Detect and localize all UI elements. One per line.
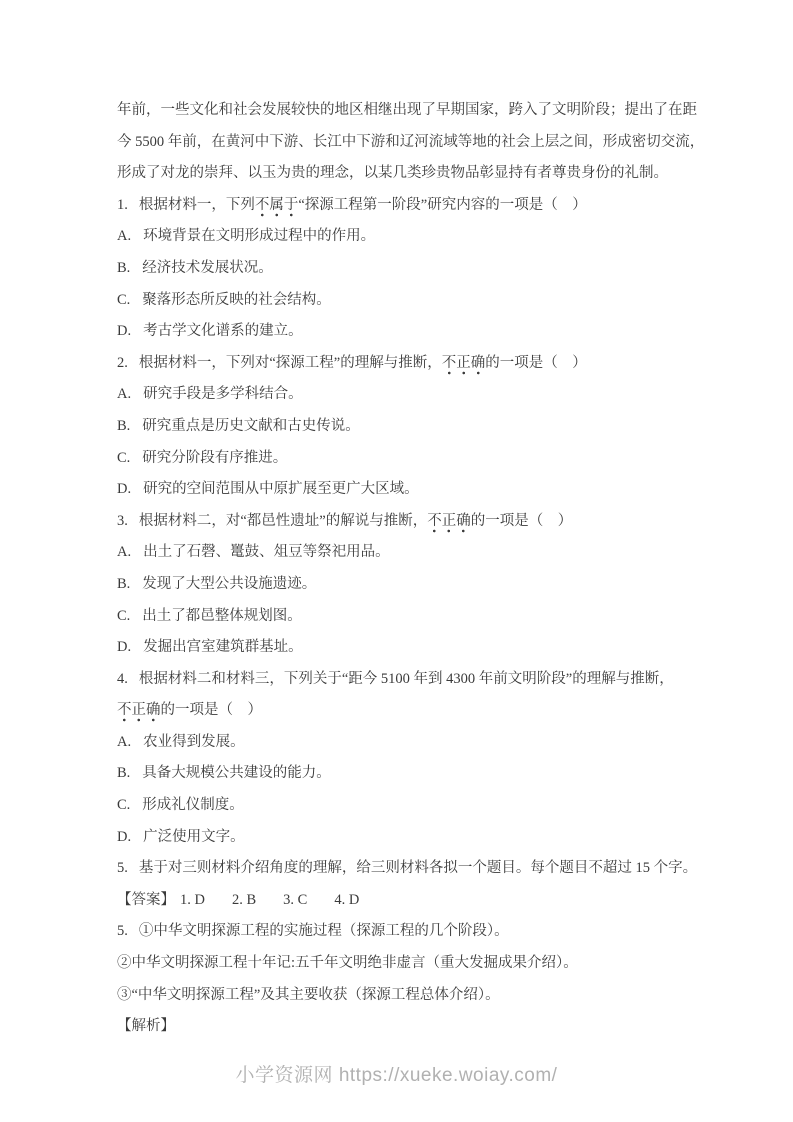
question-4-option-a: A.农业得到发展。 bbox=[117, 727, 681, 759]
option-label: C. bbox=[117, 285, 130, 317]
question-4-stem-line-2: 不正确的一项是（ ） bbox=[117, 695, 681, 727]
answer-item-1: 1. D bbox=[180, 885, 205, 917]
question-3-option-d: D.发掘出宫室建筑群基址。 bbox=[117, 632, 681, 664]
question-3-option-a: A.出土了石磬、鼍鼓、俎豆等祭祀用品。 bbox=[117, 537, 681, 569]
question-2-emphasis: 不正确 bbox=[442, 355, 486, 375]
question-3-option-b: B.发现了大型公共设施遗迹。 bbox=[117, 569, 681, 601]
option-text: 出土了都邑整体规划图。 bbox=[142, 608, 302, 624]
option-text: 研究的空间范围从中原扩展至更广大区域。 bbox=[143, 481, 419, 497]
site-url: https://xueke.woiay.com/ bbox=[339, 1065, 558, 1086]
intro-paragraph-line-1: 年前，一些文化和社会发展较快的地区相继出现了早期国家，跨入了文明阶段；提出了在距 bbox=[117, 95, 681, 127]
question-2-option-c: C.研究分阶段有序推进。 bbox=[117, 443, 681, 475]
answer-5-line-1: 5.①中华文明探源工程的实施过程（探源工程的几个阶段）。 bbox=[117, 916, 681, 948]
question-4-option-c: C.形成礼仪制度。 bbox=[117, 790, 681, 822]
intro-paragraph-line-2: 今 5500 年前，在黄河中下游、长江中下游和辽河流域等地的社会上层之间，形成密… bbox=[117, 127, 681, 159]
option-label: C. bbox=[117, 790, 130, 822]
option-label: D. bbox=[117, 822, 131, 854]
question-1-stem: 1.根据材料一，下列不属于“探源工程第一阶段”研究内容的一项是（ ） bbox=[117, 190, 681, 222]
question-4-stem-rest: 的一项是（ ） bbox=[161, 702, 263, 718]
answer-key-line: 【答案】1. D2. B3. C4. D bbox=[117, 885, 681, 917]
option-label: B. bbox=[117, 411, 130, 443]
option-text: 环境背景在文明形成过程中的作用。 bbox=[143, 228, 375, 244]
option-label: A. bbox=[117, 379, 131, 411]
option-label: A. bbox=[117, 221, 131, 253]
analysis-label: 【解析】 bbox=[117, 1011, 681, 1043]
answer-5-text: ①中华文明探源工程的实施过程（探源工程的几个阶段）。 bbox=[139, 923, 509, 939]
option-label: D. bbox=[117, 474, 131, 506]
question-2-option-d: D.研究的空间范围从中原扩展至更广大区域。 bbox=[117, 474, 681, 506]
answer-item-3: 3. C bbox=[283, 885, 307, 917]
question-1-number: 1. bbox=[117, 190, 128, 222]
option-label: B. bbox=[117, 253, 130, 285]
answer-key-label: 【答案】 bbox=[117, 885, 175, 917]
option-text: 经济技术发展状况。 bbox=[142, 260, 273, 276]
question-3-number: 3. bbox=[117, 506, 128, 538]
question-4-emphasis: 不正确 bbox=[117, 702, 161, 722]
site-name: 小学资源网 bbox=[236, 1065, 334, 1086]
option-label: C. bbox=[117, 443, 130, 475]
exam-body: 年前，一些文化和社会发展较快的地区相继出现了早期国家，跨入了文明阶段；提出了在距… bbox=[117, 95, 681, 1043]
option-text: 出土了石磬、鼍鼓、俎豆等祭祀用品。 bbox=[143, 544, 390, 560]
question-1-stem-text: 根据材料一，下列 bbox=[139, 197, 255, 213]
option-text: 研究分阶段有序推进。 bbox=[142, 450, 287, 466]
option-text: 广泛使用文字。 bbox=[143, 829, 245, 845]
question-5-number: 5. bbox=[117, 853, 128, 885]
option-text: 具备大规模公共建设的能力。 bbox=[142, 765, 331, 781]
answer-5-line-2: ②中华文明探源工程十年记:五千年文明绝非虚言（重大发掘成果介绍）。 bbox=[117, 948, 681, 980]
question-3-stem-text: 根据材料二，对“都邑性遗址”的解说与推断， bbox=[139, 513, 427, 529]
intro-paragraph-line-3: 形成了对龙的崇拜、以玉为贵的理念，以某几类珍贵物品彰显持有者尊贵身份的礼制。 bbox=[117, 158, 681, 190]
question-4-option-d: D.广泛使用文字。 bbox=[117, 822, 681, 854]
option-label: D. bbox=[117, 632, 131, 664]
answer-item-2: 2. B bbox=[232, 885, 256, 917]
question-1-stem-rest: “探源工程第一阶段”研究内容的一项是（ ） bbox=[298, 197, 586, 213]
answer-item-4: 4. D bbox=[334, 885, 359, 917]
option-text: 形成礼仪制度。 bbox=[142, 797, 244, 813]
option-label: B. bbox=[117, 569, 130, 601]
option-text: 农业得到发展。 bbox=[143, 734, 245, 750]
question-4-stem-line-1: 4.根据材料二和材料三，下列关于“距今 5100 年到 4300 年前文明阶段”… bbox=[117, 664, 681, 696]
option-label: C. bbox=[117, 601, 130, 633]
exam-page: 年前，一些文化和社会发展较快的地区相继出现了早期国家，跨入了文明阶段；提出了在距… bbox=[0, 0, 793, 1122]
option-text: 聚落形态所反映的社会结构。 bbox=[142, 292, 331, 308]
question-3-option-c: C.出土了都邑整体规划图。 bbox=[117, 601, 681, 633]
option-text: 考古学文化谱系的建立。 bbox=[143, 323, 303, 339]
option-label: A. bbox=[117, 727, 131, 759]
question-3-stem-rest: 的一项是（ ） bbox=[471, 513, 573, 529]
answer-5-number: 5. bbox=[117, 916, 128, 948]
question-2-option-b: B.研究重点是历史文献和古史传说。 bbox=[117, 411, 681, 443]
question-1-emphasis: 不属于 bbox=[255, 197, 299, 217]
option-label: B. bbox=[117, 758, 130, 790]
option-label: A. bbox=[117, 537, 131, 569]
question-5-stem: 5.基于对三则材料介绍角度的理解，给三则材料各拟一个题目。每个题目不超过 15 … bbox=[117, 853, 681, 885]
option-text: 研究手段是多学科结合。 bbox=[143, 386, 303, 402]
question-2-option-a: A.研究手段是多学科结合。 bbox=[117, 379, 681, 411]
question-2-stem-text: 根据材料一，下列对“探源工程”的理解与推断， bbox=[139, 355, 442, 371]
question-4-stem-text: 根据材料二和材料三，下列关于“距今 5100 年到 4300 年前文明阶段”的理… bbox=[139, 671, 674, 687]
option-text: 研究重点是历史文献和古史传说。 bbox=[142, 418, 360, 434]
option-text: 发现了大型公共设施遗迹。 bbox=[142, 576, 316, 592]
watermark-footer: 小学资源网 https://xueke.woiay.com/ bbox=[0, 1060, 793, 1087]
question-2-stem-rest: 的一项是（ ） bbox=[485, 355, 587, 371]
question-4-number: 4. bbox=[117, 664, 128, 696]
question-3-stem: 3.根据材料二，对“都邑性遗址”的解说与推断，不正确的一项是（ ） bbox=[117, 506, 681, 538]
answer-5-line-3: ③“中华文明探源工程”及其主要收获（探源工程总体介绍）。 bbox=[117, 980, 681, 1012]
question-1-option-b: B.经济技术发展状况。 bbox=[117, 253, 681, 285]
question-1-option-d: D.考古学文化谱系的建立。 bbox=[117, 316, 681, 348]
question-5-stem-text: 基于对三则材料介绍角度的理解，给三则材料各拟一个题目。每个题目不超过 15 个字… bbox=[139, 860, 697, 876]
option-label: D. bbox=[117, 316, 131, 348]
question-2-stem: 2.根据材料一，下列对“探源工程”的理解与推断，不正确的一项是（ ） bbox=[117, 348, 681, 380]
question-1-option-c: C.聚落形态所反映的社会结构。 bbox=[117, 285, 681, 317]
question-1-option-a: A.环境背景在文明形成过程中的作用。 bbox=[117, 221, 681, 253]
question-4-option-b: B.具备大规模公共建设的能力。 bbox=[117, 758, 681, 790]
question-3-emphasis: 不正确 bbox=[427, 513, 471, 533]
option-text: 发掘出宫室建筑群基址。 bbox=[143, 639, 303, 655]
question-2-number: 2. bbox=[117, 348, 128, 380]
